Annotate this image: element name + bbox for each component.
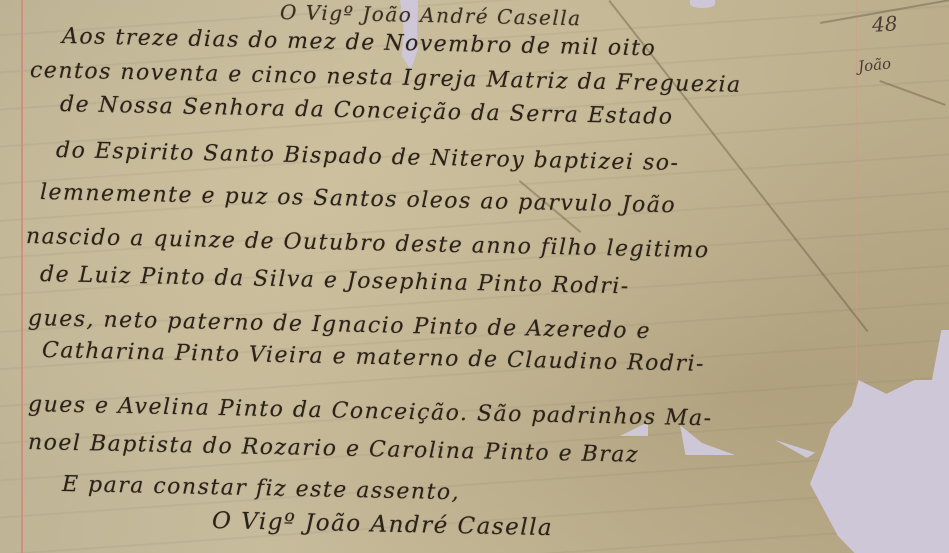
record-line-4: do Espirito Santo Bispado de Niteroy bap… <box>56 138 680 176</box>
document-scan: 48 João O Vigº João André Casella Aos tr… <box>0 0 949 553</box>
record-line-2: centos noventa e cinco nesta Igreja Matr… <box>30 58 742 98</box>
record-line-8: gues, neto paterno de Ignacio Pinto de A… <box>28 306 651 344</box>
record-line-11: noel Baptista do Rozario e Carolina Pint… <box>28 430 640 468</box>
record-line-9: Catharina Pinto Vieira e materno de Clau… <box>42 338 706 377</box>
closing-signature: O Vigº João André Casella <box>212 508 554 541</box>
record-line-5: lemnemente e puz os Santos oleos ao parv… <box>40 180 677 218</box>
record-line-7: de Luiz Pinto da Silva e Josephina Pinto… <box>40 262 630 299</box>
record-line-12: E para constar fiz este assento, <box>62 472 461 505</box>
record-text: O Vigº João André Casella Aos treze dias… <box>0 0 949 553</box>
record-line-3: de Nossa Senhora da Conceição da Serra E… <box>60 92 674 130</box>
header-signature: O Vigº João André Casella <box>280 0 582 30</box>
record-line-6: nascido a quinze de Outubro deste anno f… <box>26 224 710 263</box>
record-line-10: gues e Avelina Pinto da Conceição. São p… <box>28 392 713 431</box>
